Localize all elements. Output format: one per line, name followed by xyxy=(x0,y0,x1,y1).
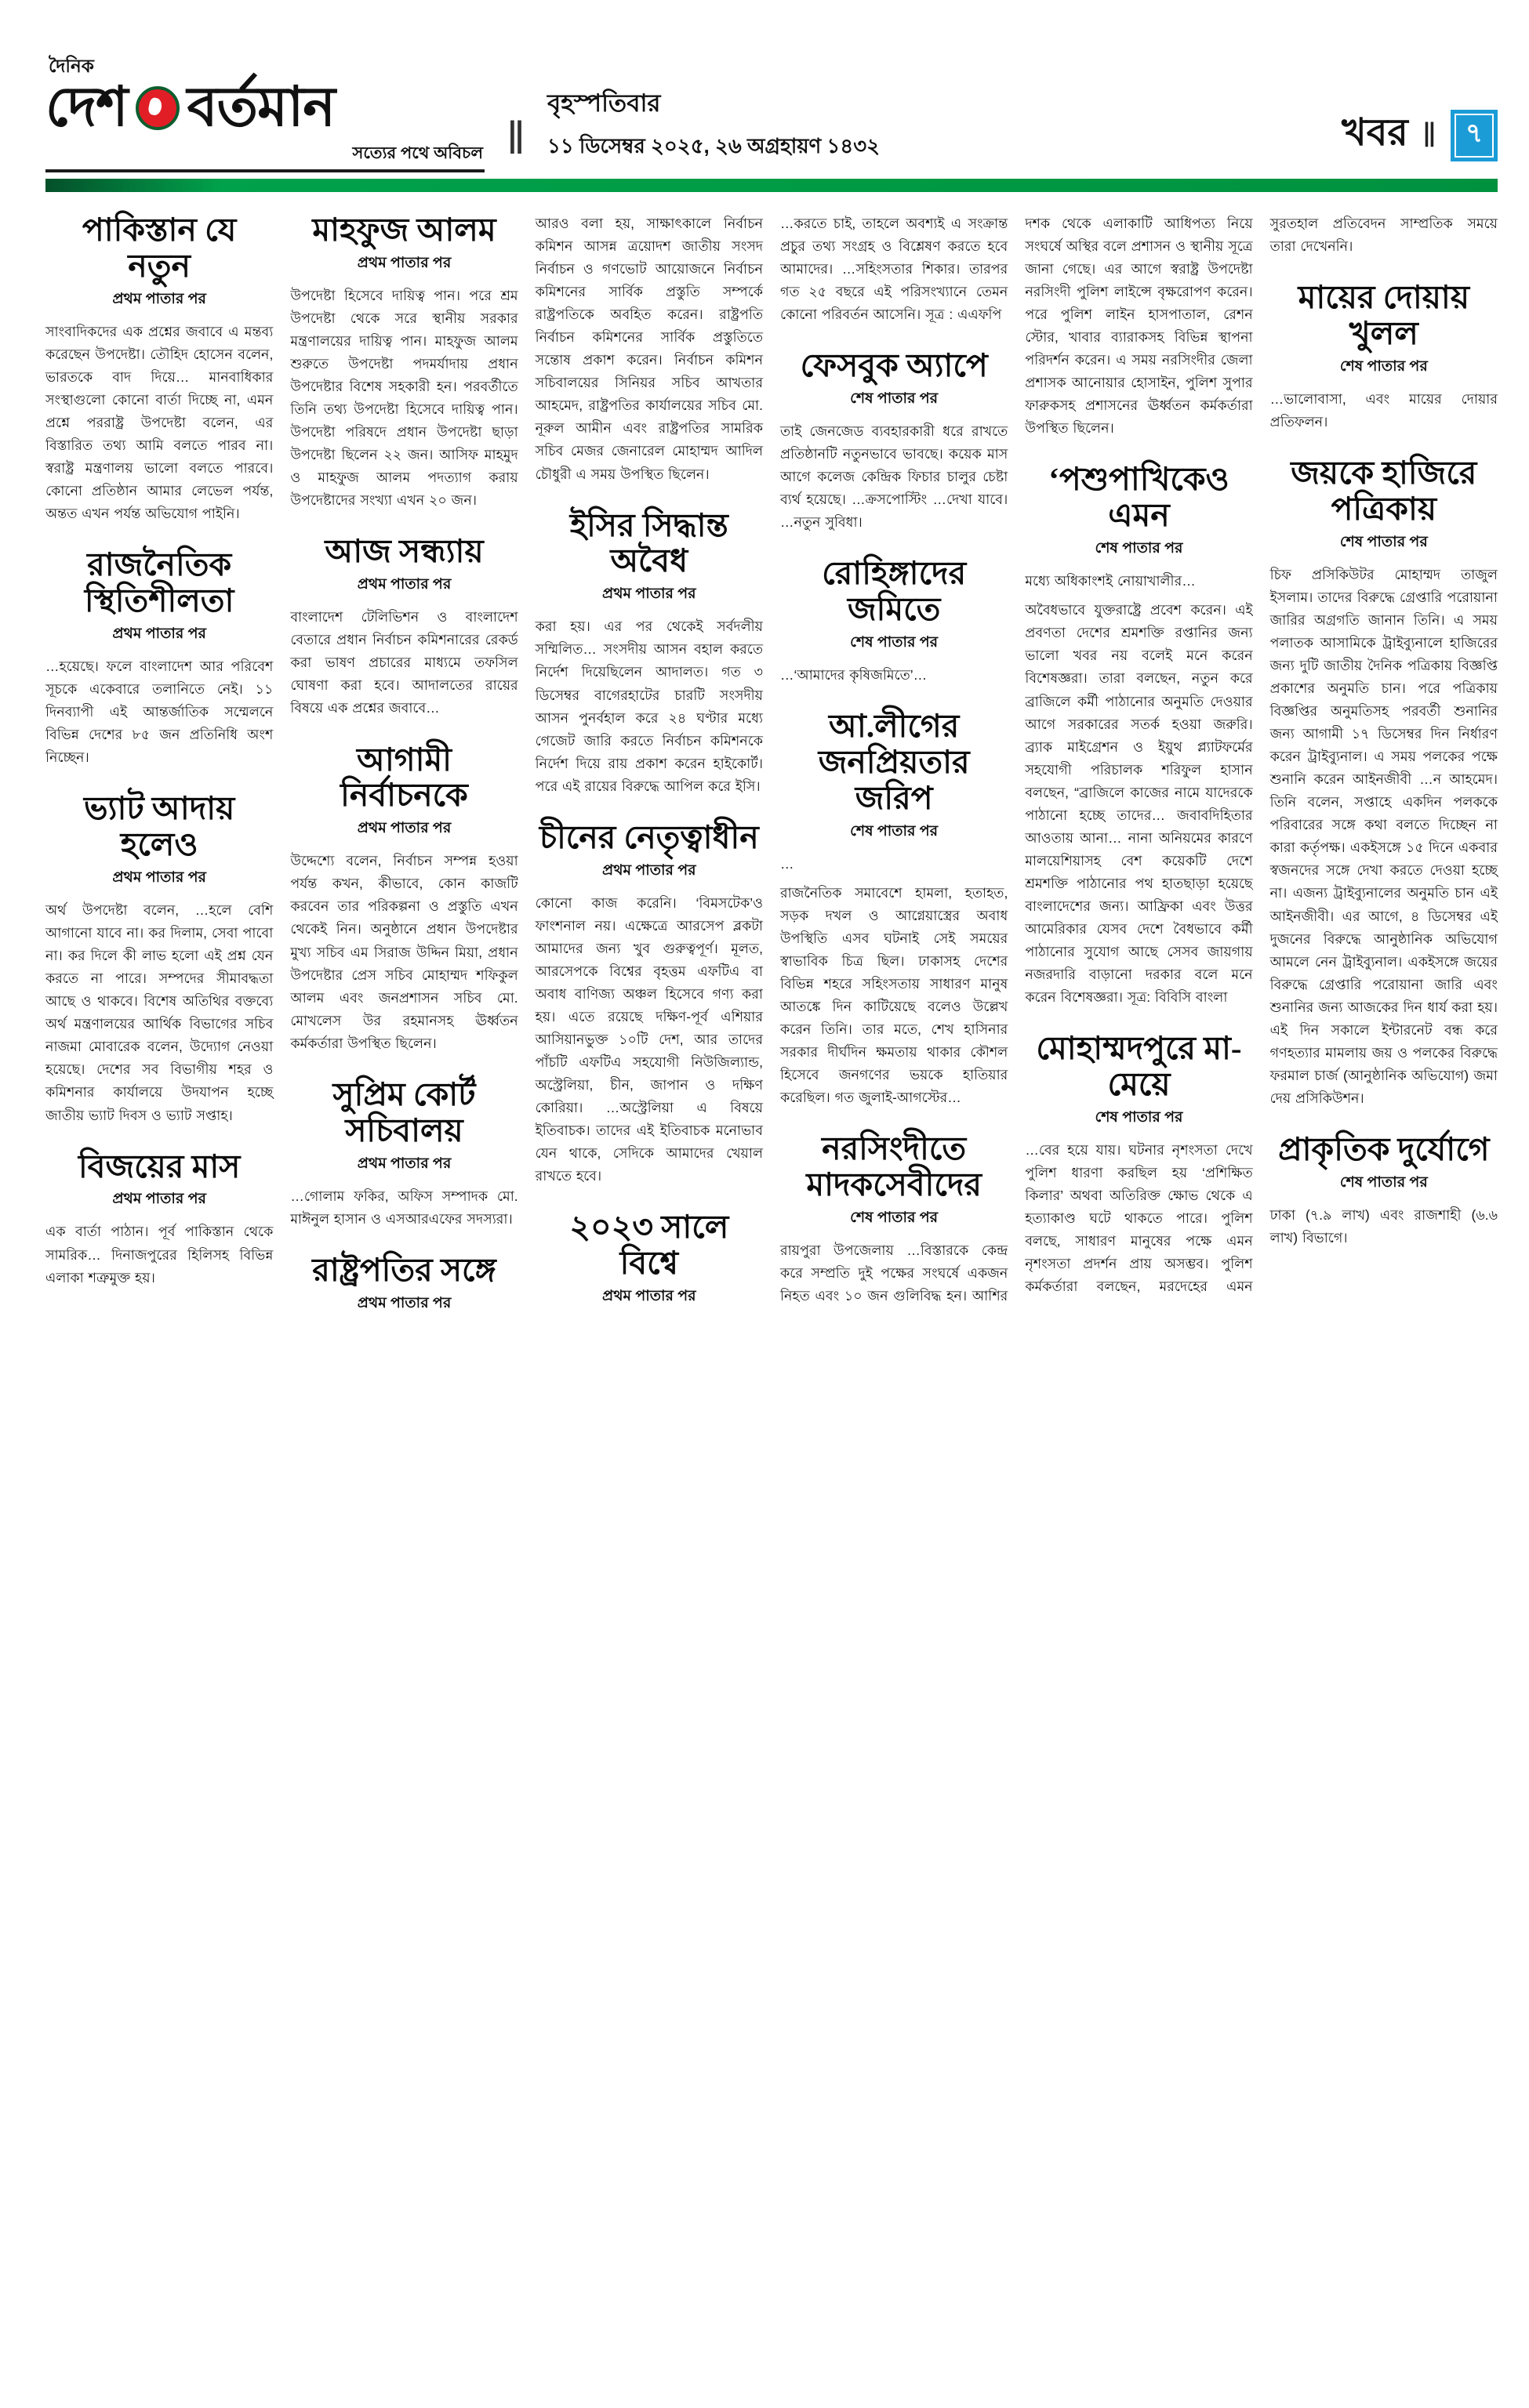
article-headline: ইসির সিদ্ধান্ত অবৈধ xyxy=(537,508,761,580)
article-headline: মাহফুজ আলম xyxy=(292,212,516,248)
continued-from-label: প্রথম পাতার পর xyxy=(290,1152,518,1177)
article: বিজয়ের মাস প্রথম পাতার পর এক বার্তা পাঠ… xyxy=(45,1149,273,1289)
article-headline: বিজয়ের মাস xyxy=(47,1149,271,1185)
article-columns: পাকিস্তান যে নতুন প্রথম পাতার পর সাংবাদি… xyxy=(45,212,1498,2376)
article-body: রাজনৈতিক সমাবেশে হামলা, হতাহত, সড়ক দখল … xyxy=(780,882,1008,1109)
section-divider: ‖ xyxy=(1422,116,1436,155)
continued-from-label: প্রথম পাতার পর xyxy=(536,582,763,607)
article-body: বাংলাদেশ টেলিভিশন ও বাংলাদেশ বেতারে প্রধ… xyxy=(290,606,518,720)
logo-underline: সত্যের পথে অবিচল xyxy=(45,136,485,172)
date-block: বৃহস্পতিবার ১১ ডিসেম্বর ২০২৫, ২৬ অগ্রহায… xyxy=(547,85,880,172)
article: রোহিঙ্গাদের জমিতে শেষ পাতার পর …‘আমাদের … xyxy=(780,556,1008,687)
article-body: … xyxy=(780,853,1008,876)
article-headline: প্রাকৃতিক দুর্যোগে xyxy=(1272,1132,1496,1168)
article-headline: রাষ্ট্রপতির সঙ্গে xyxy=(292,1253,516,1289)
article-body: করা হয়। এর পর থেকেই সর্বদলীয় সম্মিলিত…… xyxy=(536,615,763,797)
continued-from-label: প্রথম পাতার পর xyxy=(536,859,763,884)
article-body: সাংবাদিকদের এক প্রশ্নের জবাবে এ মন্তব্য … xyxy=(45,321,273,525)
section-block: খবর ‖ ৭ xyxy=(1342,104,1498,172)
continued-from-label: শেষ পাতার পর xyxy=(1270,355,1498,380)
article: ইসির সিদ্ধান্ত অবৈধ প্রথম পাতার পর করা হ… xyxy=(536,508,763,798)
paper-logo: দৈনিক দেশ বর্তমান সত্যের পথে অবিচল xyxy=(45,52,485,173)
continued-from-label: শেষ পাতার পর xyxy=(780,1206,1008,1231)
article: পাকিস্তান যে নতুন প্রথম পাতার পর সাংবাদি… xyxy=(45,212,273,525)
page-number-box: ৭ xyxy=(1451,110,1498,161)
article-headline: ফেসবুক অ্যাপে xyxy=(782,348,1006,384)
article-body: চিফ প্রসিকিউটর মোহাম্মদ তাজুল ইসলাম। তাদ… xyxy=(1270,564,1498,1110)
article-body: …‘আমাদের কৃষিজমিতে’… xyxy=(780,664,1008,687)
masthead-divider: ‖ xyxy=(507,116,525,172)
article-headline: রাজনৈতিক স্থিতিশীলতা xyxy=(47,547,271,619)
continued-from-label: প্রথম পাতার পর xyxy=(45,866,273,891)
article-headline: ২০২৩ সালে বিশ্বে xyxy=(537,1209,761,1282)
article-headline: আ.লীগের জনপ্রিয়তার জরিপ xyxy=(782,709,1006,817)
article-headline: নরসিংদীতে মাদকসেবীদের xyxy=(782,1131,1006,1203)
continued-from-label: শেষ পাতার পর xyxy=(1270,1171,1498,1196)
masthead: দৈনিক দেশ বর্তমান সত্যের পথে অবিচল ‖ বৃহ… xyxy=(45,0,1498,172)
article-body: ঢাকা (৭.৯ লাখ) এবং রাজশাহী (৬.৬ লাখ) বিভ… xyxy=(1270,1204,1498,1249)
article-body: মধ্যে অধিকাংশই নোয়াখালীর… xyxy=(1025,570,1252,593)
page-number: ৭ xyxy=(1455,114,1494,158)
continued-from-label: শেষ পাতার পর xyxy=(1025,1106,1252,1131)
article-body: তাই জেনজেড ব্যবহারকারী ধরে রাখতে প্রতিষ্… xyxy=(780,420,1008,534)
paper-name: দেশ বর্তমান xyxy=(45,82,485,135)
section-title: খবর xyxy=(1342,104,1408,166)
article: অবৈধভাবে যুক্তরাষ্ট্রে প্রবেশ করেন। এই প… xyxy=(1025,599,1252,1009)
paper-name-left: দেশ xyxy=(45,82,128,135)
article-headline: মায়ের দোয়ায় খুলল xyxy=(1272,280,1496,352)
continued-from-label: প্রথম পাতার পর xyxy=(290,817,518,842)
article: আগামী নির্বাচনকে প্রথম পাতার পর উদ্দেশ্য… xyxy=(290,742,518,1055)
article-body: কোনো কাজ করেনি। ‘বিমসটেক’ও ফাংশনাল নয়। … xyxy=(536,892,763,1188)
newspaper-page: দৈনিক দেশ বর্তমান সত্যের পথে অবিচল ‖ বৃহ… xyxy=(0,0,1529,2376)
article-headline: ভ্যাট আদায় হলেও xyxy=(47,791,271,863)
article-headline: জয়কে হাজিরে পত্রিকায় xyxy=(1272,455,1496,528)
article: চীনের নেতৃত্বাধীন প্রথম পাতার পর কোনো কা… xyxy=(536,820,763,1188)
article-headline: মোহাম্মদপুরে মা-মেয়ে xyxy=(1026,1031,1251,1103)
continued-from-label: শেষ পাতার পর xyxy=(1025,537,1252,562)
article: সুপ্রিম কোর্ট সচিবালয় প্রথম পাতার পর …গ… xyxy=(290,1077,518,1231)
article: প্রাকৃতিক দুর্যোগে শেষ পাতার পর ঢাকা (৭.… xyxy=(1270,1132,1498,1249)
flag-icon xyxy=(136,86,180,130)
continued-from-label: প্রথম পাতার পর xyxy=(45,1188,273,1213)
article: রাজনৈতিক স্থিতিশীলতা প্রথম পাতার পর …হয়… xyxy=(45,547,273,769)
article-body: …গোলাম ফকির, অফিস সম্পাদক মো. মাঈনুল হাস… xyxy=(290,1185,518,1231)
continued-from-label: প্রথম পাতার পর xyxy=(290,1292,518,1317)
article: মাহফুজ আলম প্রথম পাতার পর উপদেষ্টা হিসেব… xyxy=(290,212,518,512)
article-body: …হয়েছে। ফলে বাংলাদেশ আর পরিবেশ সূচকে এক… xyxy=(45,655,273,769)
article: ফেসবুক অ্যাপে শেষ পাতার পর তাই জেনজেড ব্… xyxy=(780,348,1008,534)
article-body: উদ্দেশ্যে বলেন, নির্বাচন সম্পন্ন হওয়া প… xyxy=(290,850,518,1054)
article: ভ্যাট আদায় হলেও প্রথম পাতার পর অর্থ উপদ… xyxy=(45,791,273,1126)
article: আ.লীগের জনপ্রিয়তার জরিপ শেষ পাতার পর … xyxy=(780,709,1008,876)
continued-from-label: প্রথম পাতার পর xyxy=(536,1285,763,1310)
article-body: আরও বলা হয়, সাক্ষাৎকালে নির্বাচন কমিশন … xyxy=(536,212,763,486)
article: আজ সন্ধ্যায় প্রথম পাতার পর বাংলাদেশ টেল… xyxy=(290,534,518,720)
continued-from-label: শেষ পাতার পর xyxy=(780,387,1008,412)
article: মায়ের দোয়ায় খুলল শেষ পাতার পর …ভালোবা… xyxy=(1270,280,1498,433)
article-body: …করতে চাই, তাহলে অবশ্যই এ সংক্রান্ত প্রচ… xyxy=(780,212,1008,326)
continued-from-label: প্রথম পাতার পর xyxy=(45,288,273,313)
article: রাজনৈতিক সমাবেশে হামলা, হতাহত, সড়ক দখল … xyxy=(780,882,1008,1109)
masthead-rule xyxy=(45,179,1498,192)
continued-from-label: শেষ পাতার পর xyxy=(780,631,1008,656)
article-headline: চীনের নেতৃত্বাধীন xyxy=(537,820,761,856)
article-body: …ভালোবাসা, এবং মায়ের দোয়ার প্রতিফলন। xyxy=(1270,388,1498,433)
continued-from-label: প্রথম পাতার পর xyxy=(290,573,518,598)
paper-name-right: বর্তমান xyxy=(187,82,335,135)
article: জয়কে হাজিরে পত্রিকায় শেষ পাতার পর চিফ … xyxy=(1270,455,1498,1110)
weekday-label: বৃহস্পতিবার xyxy=(547,85,880,125)
date-line: ১১ ডিসেম্বর ২০২৫, ২৬ অগ্রহায়ণ ১৪৩২ xyxy=(547,130,880,165)
continued-from-label: শেষ পাতার পর xyxy=(1270,531,1498,556)
article-headline: ‘পশুপাখিকেও এমন xyxy=(1026,462,1251,534)
continued-from-label: শেষ পাতার পর xyxy=(780,820,1008,845)
continued-from-label: প্রথম পাতার পর xyxy=(290,252,518,277)
article-body: উপদেষ্টা হিসেবে দায়িত্ব পান। পরে শ্রম উ… xyxy=(290,285,518,512)
continued-from-label: প্রথম পাতার পর xyxy=(45,622,273,647)
article-headline: আজ সন্ধ্যায় xyxy=(292,534,516,570)
article-body: অর্থ উপদেষ্টা বলেন, …হলে বেশি আগানো যাবে… xyxy=(45,899,273,1126)
article-headline: পাকিস্তান যে নতুন xyxy=(47,212,271,285)
article-headline: রোহিঙ্গাদের জমিতে xyxy=(782,556,1006,628)
article: ‘পশুপাখিকেও এমন শেষ পাতার পর মধ্যে অধিকা… xyxy=(1025,462,1252,593)
article-body: অবৈধভাবে যুক্তরাষ্ট্রে প্রবেশ করেন। এই প… xyxy=(1025,599,1252,1009)
article-body: এক বার্তা পাঠান। পূর্ব পাকিস্তান থেকে সা… xyxy=(45,1220,273,1289)
article-headline: আগামী নির্বাচনকে xyxy=(292,742,516,814)
article-headline: সুপ্রিম কোর্ট সচিবালয় xyxy=(292,1077,516,1149)
paper-tagline: সত্যের পথে অবিচল xyxy=(352,137,485,169)
